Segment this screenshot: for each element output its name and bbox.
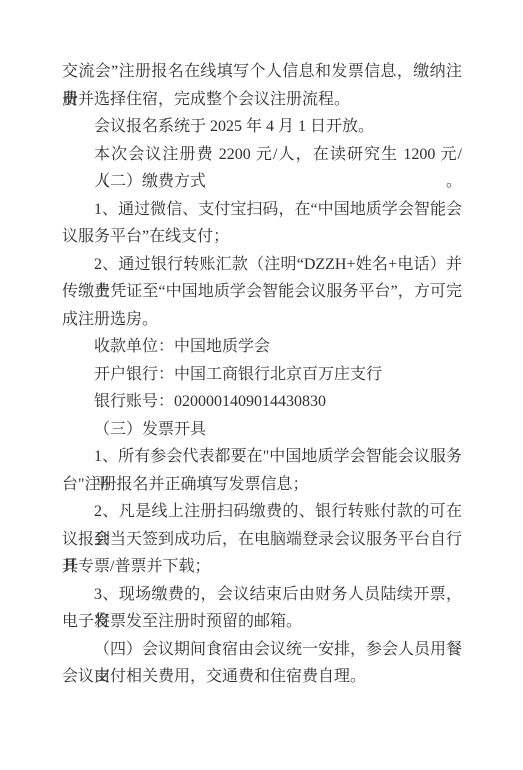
- line-invoice-3: 3、现场缴费的，会议结束后由财务人员陆续开票，将: [62, 581, 462, 609]
- line-invoice-2-cont: 议报到当天签到成功后，在电脑端登录会议服务平台自行开: [62, 526, 462, 554]
- line-invoice-3-cont: 电子发票发至注册时预留的邮箱。: [62, 608, 462, 636]
- line-system-open-date: 会议报名系统于 2025 年 4 月 1 日开放。: [62, 113, 462, 141]
- line-bank-account: 银行账号：0200001409014430830: [62, 388, 462, 416]
- document-body: 交流会”注册报名在线填写个人信息和发票信息，缴纳注册 费并选择住宿，完成整个会议…: [62, 58, 462, 691]
- line-payment-wechat: 1、通过微信、支付宝扫码，在“中国地质学会智能会: [62, 196, 462, 224]
- section-heading-accommodation: （四）会议期间食宿由会议统一安排，参会人员用餐由: [62, 636, 462, 664]
- line-invoice-2: 2、凡是线上注册扫码缴费的、银行转账付款的可在会: [62, 498, 462, 526]
- line-intro-continued: 交流会”注册报名在线填写个人信息和发票信息，缴纳注册: [62, 58, 462, 86]
- document-page: 交流会”注册报名在线填写个人信息和发票信息，缴纳注册 费并选择住宿，完成整个会议…: [0, 0, 523, 770]
- line-intro-end: 费并选择住宿，完成整个会议注册流程。: [62, 86, 462, 114]
- line-invoice-2-end: 具专票/普票并下载；: [62, 553, 462, 581]
- line-payment-bank-transfer-cont: 传缴费凭证至“中国地质学会智能会议服务平台”，方可完: [62, 278, 462, 306]
- line-payment-bank-transfer-end: 成注册选房。: [62, 306, 462, 334]
- line-payment-bank-transfer: 2、通过银行转账汇款（注明“DZZH+姓名+电话）并上: [62, 251, 462, 279]
- line-payee: 收款单位：中国地质学会: [62, 333, 462, 361]
- line-bank-name: 开户银行：中国工商银行北京百万庄支行: [62, 361, 462, 389]
- section-heading-invoice: （三）发票开具: [62, 416, 462, 444]
- line-accommodation-cont: 会议支付相关费用，交通费和住宿费自理。: [62, 663, 462, 691]
- line-registration-fee: 本次会议注册费 2200 元/人，在读研究生 1200 元/人。: [62, 141, 462, 169]
- line-invoice-1-cont: 台"注册报名并正确填写发票信息；: [62, 471, 462, 499]
- line-payment-wechat-cont: 议服务平台”在线支付；: [62, 223, 462, 251]
- line-invoice-1: 1、所有参会代表都要在"中国地质学会智能会议服务平: [62, 443, 462, 471]
